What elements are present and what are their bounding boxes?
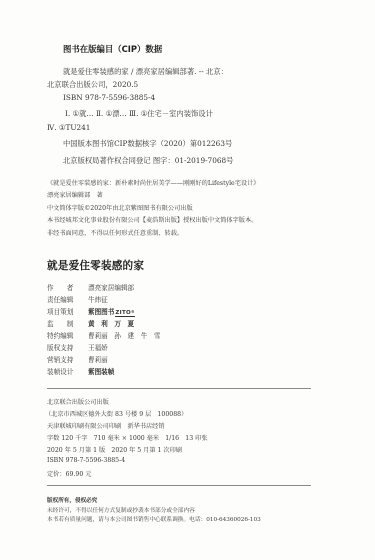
credit-value: 黄 利 万 夏: [88, 318, 134, 328]
credit-label: 责任编辑: [47, 294, 88, 304]
credit-value: 紫图装帧: [88, 366, 114, 376]
cip-classification: Ⅰ. ①就… Ⅱ. ①漂… Ⅲ. ①住宅－室内装饰设计: [65, 109, 213, 119]
restriction-notice: 非经书面同意，不得以任何形式任意重制、转载。: [47, 228, 183, 237]
rights-contact-line: 本书若有质量问题，请与本公司图书销售中心联系调换。电话：010-64360026…: [47, 514, 261, 523]
rights-heading: 版权所有，侵权必究: [47, 496, 97, 504]
edition-notice: 中文简体字版©2020年由北京紫图图书有限公司出版: [47, 203, 193, 212]
credit-value: 紫图图书: [88, 306, 114, 316]
cip-heading: 图书在版编目（CIP）数据: [63, 43, 162, 55]
credit-value: 曹莉丽: [88, 354, 108, 364]
credit-value: 王福娇: [88, 342, 108, 352]
publisher-line: 北京联合出版公司出版: [47, 397, 109, 406]
credit-row: 版权支持王福娇: [47, 342, 108, 352]
license-notice: 本书经城邦文化事业股份有限公司【麦浩斯出版】授权出版中文简体字版本。: [47, 215, 257, 224]
cip-title-line: 就是爱住零装感的家 / 漂亮家居编辑部著. -- 北京：: [63, 67, 228, 77]
credit-row: 装帧设计紫图装帧: [47, 366, 114, 376]
cip-number: 中国版本图书馆CIP数据核字（2020）第012263号: [63, 139, 232, 149]
credit-value: 漂亮家居编辑部: [88, 282, 134, 292]
credit-row: 作 者漂亮家居编辑部: [47, 282, 134, 292]
credit-value: 曹莉丽 孙 建 牛 雪: [88, 330, 161, 340]
divider: [47, 485, 311, 486]
zito-logo: ZITO®: [115, 310, 134, 317]
credit-label: 项目策划: [47, 306, 88, 316]
specs-line: 字数 120 千字 710 毫米 × 1000 毫米 1/16 13 印张: [47, 433, 208, 442]
edition-line: 2020 年 5 月第 1 版 2020 年 5 月第 1 次印刷: [47, 445, 182, 454]
credit-label: 营销支持: [47, 354, 88, 364]
credit-row: 营销支持曹莉丽: [47, 354, 108, 364]
original-title-line: 《就是爱住零装感的家：新朴素时尚住居美学——刚刚好的Lifestyle宅设计》: [47, 178, 259, 187]
credit-label: 作 者: [47, 282, 88, 292]
printer-line: 天津联城印刷有限公司印刷 新华书店经销: [47, 421, 165, 430]
cip-publisher-line: 北京联合出版公司，2020.5: [47, 80, 138, 90]
credit-label: 装帧设计: [47, 366, 88, 376]
publisher-address: （北京市西城区德外大街 83 号楼 9 层 100088）: [45, 409, 187, 418]
original-author-line: 漂亮家居编辑部 著: [47, 190, 103, 199]
credit-row: 特约编辑曹莉丽 孙 建 牛 雪: [47, 330, 161, 340]
divider: [47, 388, 311, 389]
credit-label: 监 制: [47, 318, 88, 328]
credit-value: 牛炜征: [88, 294, 108, 304]
isbn-line: ISBN 978-7-5596-3885-4: [47, 457, 125, 464]
credit-label: 特约编辑: [47, 330, 88, 340]
cip-isbn: ISBN 978-7-5596-3885-4: [63, 93, 155, 102]
credit-row: 监 制黄 利 万 夏: [47, 318, 134, 328]
book-title: 就是爱住零装感的家: [47, 258, 144, 273]
copyright-registration: 北京版权局著作权合同登记 图字：01-2019-7068号: [63, 156, 233, 166]
rights-line: 未经许可，不得以任何方式复制或抄袭本书部分或全部内容: [47, 505, 195, 514]
cip-classification-2: Ⅳ. ①TU241: [47, 123, 90, 132]
price-line: 定价：69.90 元: [47, 469, 91, 478]
credit-row: 项目策划紫图图书ZITO®: [47, 306, 135, 317]
credit-row: 责任编辑牛炜征: [47, 294, 108, 304]
credit-label: 版权支持: [47, 342, 88, 352]
